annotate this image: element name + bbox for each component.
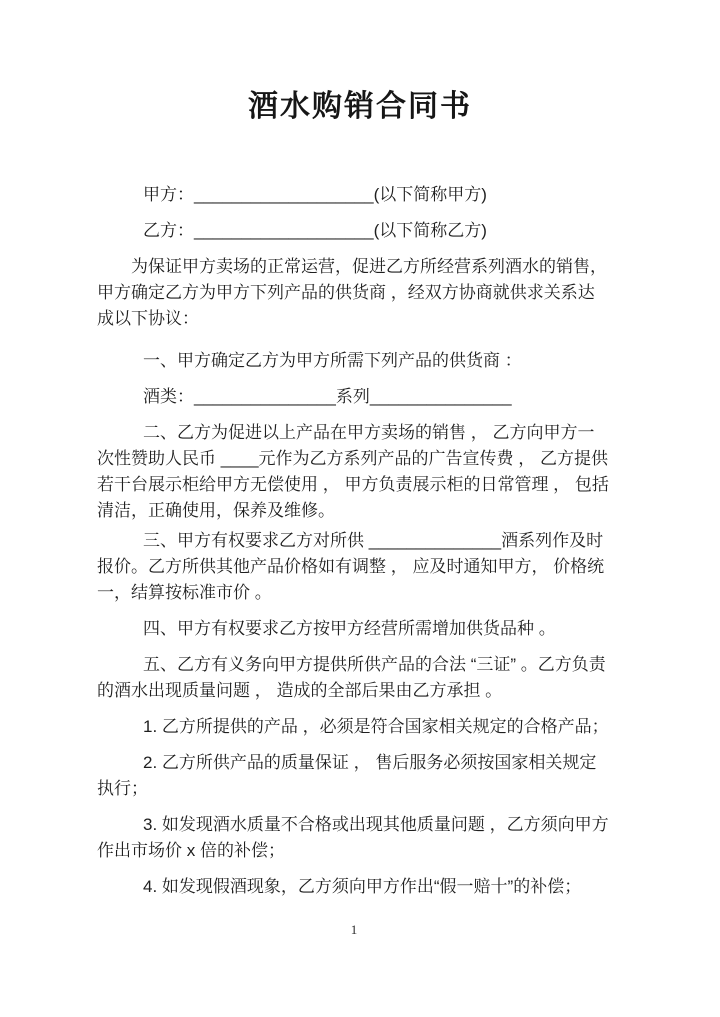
- quality-item-4: 4. 如发现假酒现象，乙方须向甲方作出“假一赔十”的补偿；: [97, 874, 611, 900]
- page-number: 1: [97, 922, 611, 938]
- contract-page: 酒水购销合同书 甲方：___________________(以下简称甲方) 乙…: [0, 0, 720, 1017]
- clause-2: 二、乙方为促进以上产品在甲方卖场的销售 ， 乙方向甲方一次性赞助人民币 ____…: [97, 420, 611, 524]
- wine-category-line: 酒类：_______________系列_______________: [97, 384, 611, 410]
- party-b-line: 乙方：___________________(以下简称乙方): [97, 218, 611, 244]
- intro-paragraph: 为保证甲方卖场的正常运营，促进乙方所经营系列酒水的销售，甲方确定乙方为甲方下列产…: [97, 254, 611, 332]
- document-title: 酒水购销合同书: [0, 85, 720, 129]
- clause-4: 四、甲方有权要求乙方按甲方经营所需增加供货品种 。: [97, 616, 611, 642]
- document-body: 甲方：___________________(以下简称甲方) 乙方：______…: [0, 129, 720, 938]
- clause-1: 一、甲方确定乙方为甲方所需下列产品的供货商 ：: [97, 348, 611, 374]
- clause-3: 三、甲方有权要求乙方对所供 ______________酒系列作及时报价。乙方所…: [97, 528, 611, 606]
- quality-item-2: 2. 乙方所供产品的质量保证 ， 售后服务必须按国家相关规定执行；: [97, 750, 611, 802]
- quality-item-3: 3. 如发现酒水质量不合格或出现其他质量问题 ，乙方须向甲方作出市场价 x 倍的…: [97, 812, 611, 864]
- clause-5: 五、乙方有义务向甲方提供所供产品的合法 “三证” 。乙方负责的酒水出现质量问题 …: [97, 652, 611, 704]
- party-a-line: 甲方：___________________(以下简称甲方): [97, 182, 611, 208]
- quality-item-1: 1. 乙方所提供的产品 ，必须是符合国家相关规定的合格产品；: [97, 714, 611, 740]
